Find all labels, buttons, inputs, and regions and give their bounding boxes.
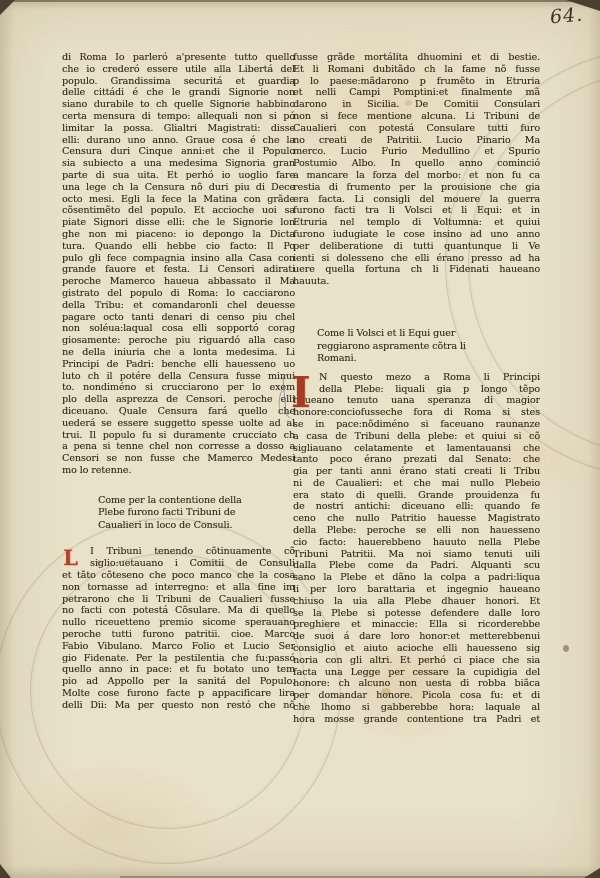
text-line: ceno che nullo Patritio hauesse Magistra…: [293, 513, 540, 525]
text-line: haueano tenuto uana speranza di magior: [293, 395, 540, 407]
text-line: no facti con potestá Cõsulare. Ma di que…: [62, 605, 295, 617]
text-line: parte di sua uita. Et perhó io uoglio fa…: [62, 170, 295, 182]
text-line: trui. Il populo fu si duramente crucciat…: [62, 430, 295, 442]
text-line: tura. Quando elli hebbe cio facto: Il Po: [62, 241, 295, 253]
text-line: siano durabile to ch quelle Signorie hab…: [62, 99, 295, 111]
text-line: darono in Sicilia. De Comitii Consulari: [293, 99, 540, 111]
page-corner-shadow: [584, 868, 600, 878]
text-line: diceuano. Quale Censura fará quello che: [62, 406, 295, 418]
text-line: p lo paese:mãdarono p frumẽto in Etruria: [293, 76, 540, 88]
text-line: peroche Mamerco haueua abbassato il Ma: [62, 276, 295, 288]
text-line: Caualieri con potestá Consulare tutti fu…: [293, 123, 540, 135]
text-line: per deliberatione di tutti quantunque li…: [293, 241, 540, 253]
text-line: Fabio Vibulano. Marco Folio et Lucio Ser: [62, 641, 295, 653]
text-line: a mancare la forza del morbo: et non fu …: [293, 170, 540, 182]
text-line: era stato di quelli. Grande prouidenza f…: [293, 490, 540, 502]
text-line: certa mensura di tempo: allequali non si…: [62, 111, 295, 123]
paragraph: di Roma Io parleró a'presente tutto quel…: [62, 52, 295, 477]
text-line: Plebe furono facti Tribuni de: [98, 507, 295, 520]
text-line: N questo mezo a Roma li Principi: [293, 372, 540, 384]
text-line: preghiere et minaccie: Ella si ricordere…: [293, 619, 540, 631]
text-line: pulo gli fece compagnia insino alla Casa…: [62, 253, 295, 265]
text-line: non tornasse ad interregno: et alla fine…: [62, 582, 295, 594]
text-line: della Plebe: liquali gia p longo tẽpo: [293, 384, 540, 396]
page-corner-shadow: [0, 864, 11, 878]
chapter-heading: Come per la contentione dellaPlebe furon…: [98, 495, 295, 533]
text-line: ienti si dolesseno che elli érano presso…: [293, 253, 540, 265]
paragraph: fusse grãde mortálita dhuomini et di bes…: [293, 52, 540, 288]
text-line: Et li Romani dubitãdo ch la fame nõ fuss…: [293, 64, 540, 76]
text-line: cõsentimẽto del populo. Et accioche uoi …: [62, 205, 295, 217]
text-line: Censura duri Cinque anni:et che il Popul…: [62, 146, 295, 158]
text-line: Tribuni Patritii. Ma noi siamo tenuti ui…: [293, 549, 540, 561]
text-line: di Roma Io parleró a'presente tutto quel…: [62, 52, 295, 64]
text-line: limitar la possa. Glialtri Magistrati: d…: [62, 123, 295, 135]
paragraph: LI Tribuni tenendo cõtinuamente cõsiglio…: [62, 546, 295, 711]
text-line: uederá se essere suggetto spesse uolte a…: [62, 418, 295, 430]
text-line: della Plebe: peroche se elli non hauesse…: [293, 525, 540, 537]
text-line: fusse grãde mortálita dhuomini et di bes…: [293, 52, 540, 64]
text-line: li per loro barattaria et ingegnio hauea…: [293, 584, 540, 596]
page-corner-shadow: [0, 0, 15, 15]
text-line: furono iudugiate le cose insino ad uno a…: [293, 229, 540, 241]
text-line: piate Signori disse elli: che le Signori…: [62, 217, 295, 229]
text-line: ne della iniuria che a lonta medesima. L…: [62, 347, 295, 359]
text-line: Come li Volsci et li Equi guer: [317, 328, 540, 341]
text-line: honore: ch alcuno non uesta di robba biã…: [293, 678, 540, 690]
text-line: Come per la contentione della: [98, 495, 295, 508]
text-line: Etruria nel templo di Voltumna: et quiui: [293, 217, 540, 229]
text-line: dalla Plebe come da Padri. Alquanti scu: [293, 560, 540, 572]
text-line: cio facto: hauerebbeno hauuto nella Pleb…: [293, 537, 540, 549]
text-line: Postumio Albo. In quello anno cominció: [293, 158, 540, 170]
text-line: delli Dii: Ma per questo non restó che n…: [62, 700, 295, 712]
text-line: non soléua:laqual cosa elli sopportó cor…: [62, 323, 295, 335]
folio-number: 64.: [549, 4, 584, 29]
text-line: nullo riceuetteno premio sicome sperauan…: [62, 617, 295, 629]
text-line: sigliauano celatamente et lamentauansi c…: [293, 443, 540, 455]
text-line: ghe non mi piaceno: io depongo la Dicta: [62, 229, 295, 241]
text-line: che io crederó essere utile alla Libertá…: [62, 64, 295, 76]
text-column-right: fusse grãde mortálita dhuomini et di bes…: [293, 52, 540, 726]
text-line: facta una Legge per cessare la cupidigia…: [293, 667, 540, 679]
text-line: noria con gli altri. Et perhó ci piace c…: [293, 655, 540, 667]
text-line: chiuso la uia alla Plebe dhauer honori. …: [293, 596, 540, 608]
scanned-book-page: 64. di Roma Io parleró a'presente tutto …: [0, 0, 600, 878]
text-line: sia subiecto a una medesima Signoria gra…: [62, 158, 295, 170]
text-line: ni de Caualieri: et che mai nullo Plebei…: [293, 478, 540, 490]
text-line: grande fauore et festa. Li Censori adira…: [62, 264, 295, 276]
text-line: se la Plebe si potesse defendere dalle l…: [293, 608, 540, 620]
text-line: Censori se non fusse che Mamerco Medesi: [62, 453, 295, 465]
text-line: Molte cose furono facte p appacificare l…: [62, 688, 295, 700]
text-line: merco. Lucio Furio Medullino et Spurio: [293, 146, 540, 158]
text-line: plo della asprezza de Censori. peroche e…: [62, 394, 295, 406]
text-line: Principi de Padri: benche elli hauesseno…: [62, 359, 295, 371]
text-line: octo mesi. Egli la fece la Matina con gr…: [62, 194, 295, 206]
text-line: delle cittádi é che le grandi Signorie n…: [62, 87, 295, 99]
paragraph: IN questo mezo a Roma li Principidella P…: [293, 372, 540, 726]
text-line: pio ad Appollo per la sanitá del Populo.: [62, 676, 295, 688]
chapter-heading: Come li Volsci et li Equi guerreggiarono…: [317, 328, 540, 366]
text-line: Romani.: [317, 353, 540, 366]
text-line: uere quella fortuna ch li Fidenati hauea…: [293, 264, 540, 276]
text-line: mo lo retenne.: [62, 465, 295, 477]
text-line: restia di frumento per la prouisione che…: [293, 182, 540, 194]
text-line: a pena si tenne chel non corresse a doss…: [62, 441, 295, 453]
text-line: Caualieri in loco de Consuli.: [98, 520, 295, 533]
text-line: era facta. Li consigli del mouere la gue…: [293, 194, 540, 206]
text-line: to. nondiméno si crucciarono per lo exem: [62, 382, 295, 394]
text-line: siglio:uetauano i Comitii de Consuli: [62, 558, 295, 570]
text-line: de suoi á dare loro honor:et metterebben…: [293, 631, 540, 643]
text-line: consiglio et aiuto acioche elli hauessen…: [293, 643, 540, 655]
text-line: gia per tanti anni érano stati creati li…: [293, 466, 540, 478]
text-line: una lege ch la Censura nõ duri piu di De…: [62, 182, 295, 194]
text-line: non si fece mentione alcuna. Li Tribuni …: [293, 111, 540, 123]
text-line: elli: durano uno anno. Graue cosa é che …: [62, 135, 295, 147]
text-line: reggiarono aspramente cõtra li: [317, 341, 540, 354]
text-line: hora mosse grande contentione tra Padri …: [293, 714, 540, 726]
text-line: se in pace:nõdiméno si faceuano raunanze: [293, 419, 540, 431]
text-line: sano la Plebe et dãno la colpa a padri:l…: [293, 572, 540, 584]
text-line: della Tribu: et comandaronli chel deuess…: [62, 300, 295, 312]
text-line: hauuta.: [293, 276, 540, 288]
text-line: gistrato del populo di Roma: lo cacciaro…: [62, 288, 295, 300]
paper-stain: [563, 645, 569, 652]
text-line: de nostri antichi: diceuano elli: quando…: [293, 501, 540, 513]
text-line: et tãto cõteseno che poco manco che la c…: [62, 570, 295, 582]
text-line: tanto poco érano prezati dal Senato: che: [293, 454, 540, 466]
text-line: gio Fidenate. Per la pestilentia che fu:…: [62, 653, 295, 665]
text-line: furono facti tra li Volsci et li Equi: e…: [293, 205, 540, 217]
text-line: pagare octo tanti denari di censo piu ch…: [62, 312, 295, 324]
text-line: che lhomo si gabberebbe hora: laquale al: [293, 702, 540, 714]
text-line: honore:conciofusseche fora di Roma si st…: [293, 407, 540, 419]
page-edge-shadow: [0, 0, 596, 2]
text-column-left: di Roma Io parleró a'presente tutto quel…: [62, 52, 295, 712]
drop-cap-initial: I: [291, 370, 313, 416]
text-line: a casa de Tribuni della plebe: et quiui …: [293, 431, 540, 443]
text-line: quello anno in pace: et fu botato uno te…: [62, 664, 295, 676]
text-line: luto ch il potére della Censura fusse mi…: [62, 371, 295, 383]
text-line: peroche tutti furono patritii. cioe. Mar…: [62, 629, 295, 641]
text-line: per domandar honore. Picola cosa fu: et …: [293, 690, 540, 702]
text-line: populo. Grandissima securitá et guardia: [62, 76, 295, 88]
text-line: no creati de Patritii. Lucio Pinario Ma: [293, 135, 540, 147]
text-line: I Tribuni tenendo cõtinuamente cõ: [62, 546, 295, 558]
drop-cap-initial: L: [63, 546, 87, 569]
text-line: et nelli Campi Pomptini:et finalmente mã: [293, 87, 540, 99]
text-line: giosamente: peroche piu riguardó alla ca…: [62, 335, 295, 347]
text-line: petrarono che li Tribuni de Caualieri fu…: [62, 594, 295, 606]
